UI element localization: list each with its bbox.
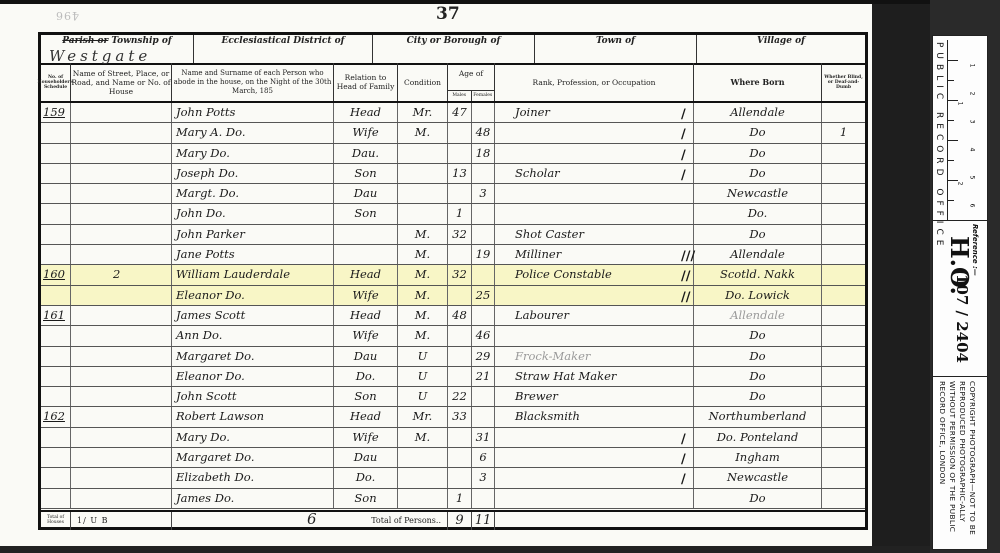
relation-to-head: Head <box>334 103 398 122</box>
village-cell: Village of <box>697 35 865 63</box>
person-name: Joseph Do. <box>172 164 334 183</box>
blind-deaf-dumb <box>822 144 865 163</box>
where-born: Allendale <box>694 245 822 264</box>
city-cell: City or Borough of <box>373 35 535 63</box>
occupation <box>495 489 694 508</box>
marital-condition: M. <box>398 123 448 142</box>
relation-to-head: Dau <box>334 448 398 467</box>
age-male: 47 <box>448 103 472 122</box>
census-row: John Do.Son1Do. <box>41 204 865 224</box>
occupation <box>495 326 694 345</box>
parish-label: Parish or Township of <box>41 36 193 46</box>
schedule-number <box>41 204 71 223</box>
census-row: Margaret Do.DauU29Frock-MakerDo <box>41 347 865 367</box>
occupation: Milliner/// <box>495 245 694 264</box>
blind-deaf-dumb <box>822 286 865 305</box>
marital-condition <box>398 448 448 467</box>
house-name <box>71 164 172 183</box>
marital-condition: U <box>398 387 448 406</box>
schedule-number <box>41 489 71 508</box>
where-born: Do <box>694 225 822 244</box>
col-age-female: Females <box>472 91 495 101</box>
marital-condition: M. <box>398 286 448 305</box>
relation-to-head: Head <box>334 265 398 284</box>
where-born: Do. Lowick <box>694 286 822 305</box>
blind-deaf-dumb <box>822 468 865 487</box>
house-name <box>71 184 172 203</box>
relation-to-head: Wife <box>334 428 398 447</box>
enumerator-tick-mark: / <box>681 105 686 124</box>
house-name <box>71 407 172 426</box>
census-row: Ann Do.WifeM.46Do <box>41 326 865 346</box>
age-female: 21 <box>472 367 495 386</box>
person-name: James Do. <box>172 489 334 508</box>
age-male <box>448 326 472 345</box>
ecclesiastical-label: Ecclesiastical District of <box>194 36 372 46</box>
age-female: 18 <box>472 144 495 163</box>
where-born: Do. Ponteland <box>694 428 822 447</box>
person-name: Margaret Do. <box>172 347 334 366</box>
where-born: Newcastle <box>694 184 822 203</box>
blind-deaf-dumb <box>822 387 865 406</box>
census-row: John ParkerM.32Shot CasterDo <box>41 225 865 245</box>
where-born: Do <box>694 123 822 142</box>
house-name <box>71 204 172 223</box>
house-name <box>71 103 172 122</box>
relation-to-head <box>334 225 398 244</box>
where-born: Do <box>694 489 822 508</box>
total-males: 9 <box>448 512 472 530</box>
enumerator-tick-mark: / <box>681 146 686 165</box>
enumerator-tick-mark: / <box>681 125 686 144</box>
marital-condition <box>398 144 448 163</box>
age-male <box>448 123 472 142</box>
relation-to-head: Son <box>334 204 398 223</box>
relation-to-head: Do. <box>334 468 398 487</box>
schedule-number <box>41 245 71 264</box>
relation-to-head: Son <box>334 489 398 508</box>
relation-to-head: Wife <box>334 286 398 305</box>
relation-to-head: Dau. <box>334 144 398 163</box>
census-row: Eleanor Do.Do.U21Straw Hat MakerDo <box>41 367 865 387</box>
enumerator-tick-mark: / <box>681 470 686 489</box>
age-female: 46 <box>472 326 495 345</box>
age-male <box>448 245 472 264</box>
age-male <box>448 144 472 163</box>
where-born: Do <box>694 164 822 183</box>
census-row: 161James ScottHeadM.48LabourerAllendale <box>41 306 865 326</box>
where-born: Ingham <box>694 448 822 467</box>
age-female <box>472 225 495 244</box>
column-header-row: No. of Householder's Schedule Name of St… <box>41 63 865 103</box>
house-name <box>71 123 172 142</box>
place-header: Parish or Township of Westgate Ecclesias… <box>41 35 865 65</box>
schedules-count: 6 <box>307 510 317 528</box>
age-subheader: Males Females <box>448 90 494 101</box>
marital-condition: M. <box>398 428 448 447</box>
enumerator-tick-mark: // <box>681 288 691 307</box>
schedule-number <box>41 286 71 305</box>
occupation <box>495 184 694 203</box>
schedule-number: 159 <box>41 103 71 122</box>
blind-deaf-dumb <box>822 407 865 426</box>
census-row: Mary A. Do.WifeM.48/Do1 <box>41 123 865 143</box>
census-row: 162Robert LawsonHeadMr.33BlacksmithNorth… <box>41 407 865 427</box>
blind-deaf-dumb <box>822 489 865 508</box>
col-schedule: No. of Householder's Schedule <box>41 63 71 101</box>
occupation: / <box>495 144 694 163</box>
person-name: Robert Lawson <box>172 407 334 426</box>
person-name: James Scott <box>172 306 334 325</box>
scan-margin <box>872 0 930 553</box>
occupation: / <box>495 123 694 142</box>
census-page: 496 37 Parish or Township of Westgate Ec… <box>0 0 905 553</box>
blind-deaf-dumb <box>822 326 865 345</box>
occupation: Scholar/ <box>495 164 694 183</box>
person-name: Mary Do. <box>172 144 334 163</box>
enumerator-tick-mark: / <box>681 166 686 185</box>
house-name <box>71 225 172 244</box>
age-female: 25 <box>472 286 495 305</box>
marital-condition <box>398 468 448 487</box>
occupation: Frock-Maker <box>495 347 694 366</box>
age-male <box>448 286 472 305</box>
age-female: 48 <box>472 123 495 142</box>
schedule-number <box>41 326 71 345</box>
person-name: Eleanor Do. <box>172 367 334 386</box>
census-rows: 159John PottsHeadMr.47Joiner/AllendaleMa… <box>41 103 865 509</box>
relation-to-head: Wife <box>334 326 398 345</box>
census-row: Jane PottsM.19Milliner///Allendale <box>41 245 865 265</box>
age-male: 48 <box>448 306 472 325</box>
enumerator-tick-mark: // <box>681 267 691 286</box>
marital-condition <box>398 164 448 183</box>
person-name: Margaret Do. <box>172 448 334 467</box>
blind-deaf-dumb <box>822 428 865 447</box>
person-name: Eleanor Do. <box>172 286 334 305</box>
census-row: Mary Do.WifeM.31/Do. Ponteland <box>41 428 865 448</box>
where-born: Scotld. Nakk <box>694 265 822 284</box>
schedule-number: 161 <box>41 306 71 325</box>
enumerator-tick-mark: / <box>681 450 686 469</box>
ecclesiastical-cell: Ecclesiastical District of <box>194 35 373 63</box>
house-name <box>71 144 172 163</box>
age-female <box>472 164 495 183</box>
marital-condition: U <box>398 347 448 366</box>
col-age-male: Males <box>448 91 472 101</box>
where-born: Do <box>694 326 822 345</box>
copyright-notice: COPYRIGHT PHOTOGRAPH—NOT TO BE REPRODUCE… <box>937 381 977 549</box>
census-row: John ScottSonU22BrewerDo <box>41 387 865 407</box>
age-male: 32 <box>448 265 472 284</box>
house-name <box>71 367 172 386</box>
occupation: // <box>495 286 694 305</box>
marital-condition <box>398 489 448 508</box>
relation-to-head: Dau <box>334 184 398 203</box>
total-persons-label: Total of Persons.. <box>371 516 441 525</box>
house-name <box>71 448 172 467</box>
schedule-number <box>41 225 71 244</box>
age-female <box>472 265 495 284</box>
where-born: Do <box>694 387 822 406</box>
age-male <box>448 468 472 487</box>
col-name: Name and Surname of each Person who abod… <box>172 63 334 101</box>
col-age: Age of Males Females <box>448 63 495 101</box>
house-name <box>71 286 172 305</box>
page-number: 37 <box>436 4 460 24</box>
age-female: 29 <box>472 347 495 366</box>
where-born: Do <box>694 144 822 163</box>
schedule-number <box>41 144 71 163</box>
person-name: John Parker <box>172 225 334 244</box>
census-row: Mary Do.Dau.18/Do <box>41 144 865 164</box>
census-row: Margaret Do.Dau6/Ingham <box>41 448 865 468</box>
col-where-born: Where Born <box>694 63 822 101</box>
reference-strip: PUBLIC RECORD OFFICE 1 2 3 4 5 6 1 2 Ref… <box>932 35 988 550</box>
schedule-number <box>41 347 71 366</box>
person-name: John Do. <box>172 204 334 223</box>
marital-condition: Mr. <box>398 407 448 426</box>
age-male: 1 <box>448 489 472 508</box>
relation-to-head <box>334 245 398 264</box>
parish-cell: Parish or Township of Westgate <box>41 35 194 63</box>
age-male: 33 <box>448 407 472 426</box>
schedule-number <box>41 468 71 487</box>
schedule-number <box>41 367 71 386</box>
reference-piece: 107 / 2404 <box>953 274 971 363</box>
marital-condition: M. <box>398 265 448 284</box>
age-male: 22 <box>448 387 472 406</box>
age-female <box>472 306 495 325</box>
marital-condition: U <box>398 367 448 386</box>
age-male <box>448 428 472 447</box>
marital-condition: M. <box>398 225 448 244</box>
age-male: 32 <box>448 225 472 244</box>
person-name: John Scott <box>172 387 334 406</box>
house-name <box>71 245 172 264</box>
total-houses-value: 1/ U B <box>71 512 172 530</box>
house-name <box>71 326 172 345</box>
age-female: 3 <box>472 184 495 203</box>
measurement-ruler: 1 2 3 4 5 6 1 2 <box>947 40 988 221</box>
folio-stamp: 496 <box>55 9 79 22</box>
house-name <box>71 347 172 366</box>
person-name: John Potts <box>172 103 334 122</box>
schedule-number <box>41 123 71 142</box>
age-female: 3 <box>472 468 495 487</box>
age-female: 31 <box>472 428 495 447</box>
census-row: James Do.Son1Do <box>41 489 865 509</box>
col-house: Name of Street, Place, or Road, and Name… <box>71 63 172 101</box>
age-female <box>472 387 495 406</box>
blind-deaf-dumb <box>822 225 865 244</box>
occupation: / <box>495 448 694 467</box>
enumerator-tick-mark: / <box>681 430 686 449</box>
house-name <box>71 489 172 508</box>
schedule-number <box>41 387 71 406</box>
blind-deaf-dumb <box>822 306 865 325</box>
where-born: Do <box>694 367 822 386</box>
occupation: Straw Hat Maker <box>495 367 694 386</box>
relation-to-head: Son <box>334 164 398 183</box>
house-name <box>71 387 172 406</box>
age-female <box>472 204 495 223</box>
col-blind: Whether Blind, or Deaf-and-Dumb <box>822 63 865 101</box>
marital-condition <box>398 184 448 203</box>
house-name <box>71 306 172 325</box>
col-relation: Relation to Head of Family <box>334 63 398 101</box>
schedule-number <box>41 428 71 447</box>
occupation: Blacksmith <box>495 407 694 426</box>
schedule-number <box>41 448 71 467</box>
person-name: Elizabeth Do. <box>172 468 334 487</box>
age-male <box>448 184 472 203</box>
marital-condition: M. <box>398 306 448 325</box>
blind-deaf-dumb <box>822 164 865 183</box>
age-female <box>472 489 495 508</box>
village-label: Village of <box>697 36 865 46</box>
relation-to-head: Dau <box>334 347 398 366</box>
occupation: Labourer <box>495 306 694 325</box>
age-female <box>472 103 495 122</box>
blind-deaf-dumb <box>822 448 865 467</box>
where-born: Allendale <box>694 103 822 122</box>
relation-to-head: Son <box>334 387 398 406</box>
person-name: Margt. Do. <box>172 184 334 203</box>
age-male <box>448 367 472 386</box>
relation-to-head: Head <box>334 306 398 325</box>
occupation: Joiner/ <box>495 103 694 122</box>
col-occupation: Rank, Profession, or Occupation <box>495 63 694 101</box>
occupation: / <box>495 428 694 447</box>
person-name: Mary A. Do. <box>172 123 334 142</box>
census-row: Margt. Do.Dau3Newcastle <box>41 184 865 204</box>
town-cell: Town of <box>535 35 697 63</box>
schedule-number: 160 <box>41 265 71 284</box>
blind-deaf-dumb <box>822 103 865 122</box>
scan-top-edge <box>0 0 930 4</box>
occupation: Shot Caster <box>495 225 694 244</box>
blind-deaf-dumb <box>822 245 865 264</box>
person-name: Ann Do. <box>172 326 334 345</box>
marital-condition: M. <box>398 245 448 264</box>
house-name <box>71 428 172 447</box>
relation-to-head: Head <box>334 407 398 426</box>
where-born: Northumberland <box>694 407 822 426</box>
totals-row: Total of Houses 1/ U B 6 Total of Person… <box>41 510 865 530</box>
marital-condition: M. <box>398 326 448 345</box>
schedule-number: 162 <box>41 407 71 426</box>
blind-deaf-dumb <box>822 204 865 223</box>
person-name: Mary Do. <box>172 428 334 447</box>
col-age-label: Age of <box>459 69 483 78</box>
age-female: 19 <box>472 245 495 264</box>
blind-deaf-dumb <box>822 265 865 284</box>
house-name <box>71 468 172 487</box>
blind-deaf-dumb: 1 <box>822 123 865 142</box>
blind-deaf-dumb <box>822 367 865 386</box>
total-persons-cell: 6 Total of Persons.. <box>172 512 448 530</box>
age-male <box>448 347 472 366</box>
schedule-number <box>41 164 71 183</box>
blind-deaf-dumb <box>822 184 865 203</box>
schedule-number <box>41 184 71 203</box>
marital-condition: Mr. <box>398 103 448 122</box>
census-row: Joseph Do.Son13Scholar/Do <box>41 164 865 184</box>
blind-deaf-dumb <box>822 347 865 366</box>
where-born: Do. <box>694 204 822 223</box>
census-row: 159John PottsHeadMr.47Joiner/Allendale <box>41 103 865 123</box>
city-label: City or Borough of <box>373 36 534 46</box>
house-name: 2 <box>71 265 172 284</box>
relation-to-head: Wife <box>334 123 398 142</box>
person-name: Jane Potts <box>172 245 334 264</box>
age-male <box>448 448 472 467</box>
person-name: William Lauderdale <box>172 265 334 284</box>
where-born: Do <box>694 347 822 366</box>
col-condition: Condition <box>398 63 448 101</box>
age-female <box>472 407 495 426</box>
census-row: 1602William LauderdaleHeadM.32Police Con… <box>41 265 865 285</box>
occupation: Brewer <box>495 387 694 406</box>
total-females: 11 <box>472 512 495 530</box>
marital-condition <box>398 204 448 223</box>
scan-bottom-edge <box>0 546 930 553</box>
age-female: 6 <box>472 448 495 467</box>
occupation <box>495 204 694 223</box>
census-row: Eleanor Do.WifeM.25//Do. Lowick <box>41 286 865 306</box>
where-born: Allendale <box>694 306 822 325</box>
occupation: Police Constable// <box>495 265 694 284</box>
age-male: 1 <box>448 204 472 223</box>
census-row: Elizabeth Do.Do.3/Newcastle <box>41 468 865 488</box>
where-born: Newcastle <box>694 468 822 487</box>
relation-to-head: Do. <box>334 367 398 386</box>
occupation: / <box>495 468 694 487</box>
total-houses-label: Total of Houses <box>41 512 71 530</box>
age-male: 13 <box>448 164 472 183</box>
town-label: Town of <box>535 36 696 46</box>
